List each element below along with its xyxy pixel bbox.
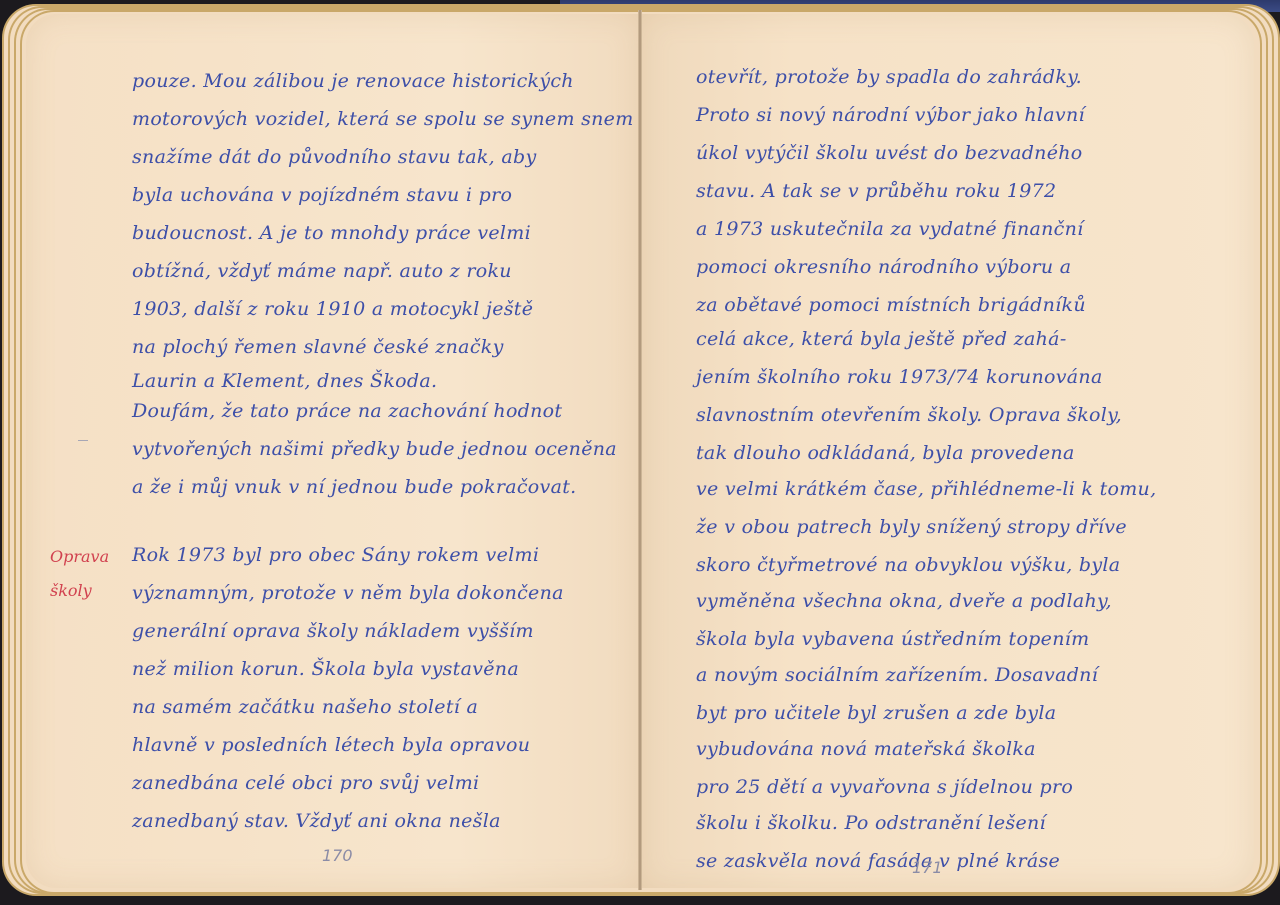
text-line: Doufám, že tato práce na zachování hodno…: [132, 400, 562, 422]
text-line: se zaskvěla nová fasáda v plné kráse: [696, 850, 1060, 872]
margin-note-line: Oprava: [50, 540, 109, 574]
text-line: významným, protože v něm byla dokončena: [132, 582, 564, 604]
text-line: na samém začátku našeho století a: [132, 696, 478, 718]
text-line: škola byla vybavena ústředním topením: [696, 628, 1089, 650]
text-line: Laurin a Klement, dnes Škoda.: [132, 370, 437, 392]
text-line: vyměněna všechna okna, dveře a podlahy,: [696, 590, 1112, 612]
text-line: než milion korun. Škola byla vystavěna: [132, 658, 519, 680]
text-line: stavu. A tak se v průběhu roku 1972: [696, 180, 1056, 202]
text-line: snažíme dát do původního stavu tak, aby: [132, 146, 536, 168]
text-line: zanedbána celé obci pro svůj velmi: [132, 772, 479, 794]
text-line: ve velmi krátkém čase, přihlédneme-li k …: [696, 478, 1156, 500]
text-line: jením školního roku 1973/74 korunována: [696, 366, 1103, 388]
text-line: pomoci okresního národního výboru a: [696, 256, 1071, 278]
text-line: generální oprava školy nákladem vyšším: [132, 620, 534, 642]
text-line: slavnostním otevřením školy. Oprava škol…: [696, 404, 1122, 426]
text-line: budoucnost. A je to mnohdy práce velmi: [132, 222, 531, 244]
text-line: školu i školku. Po odstranění lešení: [696, 812, 1046, 834]
text-line: za obětavé pomoci místních brigádníků: [696, 294, 1086, 316]
text-line: vytvořených našimi předky bude jednou oc…: [132, 438, 617, 460]
text-line: a 1973 uskutečnila za vydatné finanční: [696, 218, 1084, 240]
text-line: obtížná, vždyť máme např. auto z roku: [132, 260, 512, 282]
pencil-dash-mark: [78, 440, 88, 441]
text-line: otevřít, protože by spadla do zahrádky.: [696, 66, 1082, 88]
text-line: byla uchována v pojízdném stavu i pro: [132, 184, 512, 206]
text-line: byt pro učitele byl zrušen a zde byla: [696, 702, 1056, 724]
text-line: pouze. Mou zálibou je renovace historick…: [132, 70, 574, 92]
notebook-spread: Oprava školy pouze. Mou zálibou je renov…: [0, 0, 1280, 905]
text-line: tak dlouho odkládaná, byla provedena: [696, 442, 1075, 464]
text-line: Proto si nový národní výbor jako hlavní: [696, 104, 1085, 126]
margin-note: Oprava školy: [50, 540, 109, 608]
margin-note-line: školy: [50, 574, 109, 608]
text-line: hlavně v posledních létech byla opravou: [132, 734, 530, 756]
page-number-right: 171: [912, 858, 943, 877]
text-line: Rok 1973 byl pro obec Sány rokem velmi: [132, 544, 539, 566]
text-line: pro 25 dětí a vyvařovna s jídelnou pro: [696, 776, 1073, 798]
text-line: a novým sociálním zařízením. Dosavadní: [696, 664, 1098, 686]
text-line: celá akce, která byla ještě před zahá-: [696, 328, 1067, 350]
text-line: že v obou patrech byly snížený stropy dř…: [696, 516, 1127, 538]
text-line: úkol vytýčil školu uvést do bezvadného: [696, 142, 1083, 164]
text-line: 1903, další z roku 1910 a motocykl ještě: [132, 298, 533, 320]
text-line: vybudována nová mateřská školka: [696, 738, 1036, 760]
text-line: skoro čtyřmetrové na obvyklou výšku, byl…: [696, 554, 1120, 576]
text-line: zanedbaný stav. Vždyť ani okna nešla: [132, 810, 501, 832]
page-number-left: 170: [322, 846, 353, 865]
text-line: a že i můj vnuk v ní jednou bude pokračo…: [132, 476, 577, 498]
book-gutter: [638, 10, 642, 890]
text-line: motorových vozidel, která se spolu se sy…: [132, 108, 634, 130]
text-line: na plochý řemen slavné české značky: [132, 336, 504, 358]
